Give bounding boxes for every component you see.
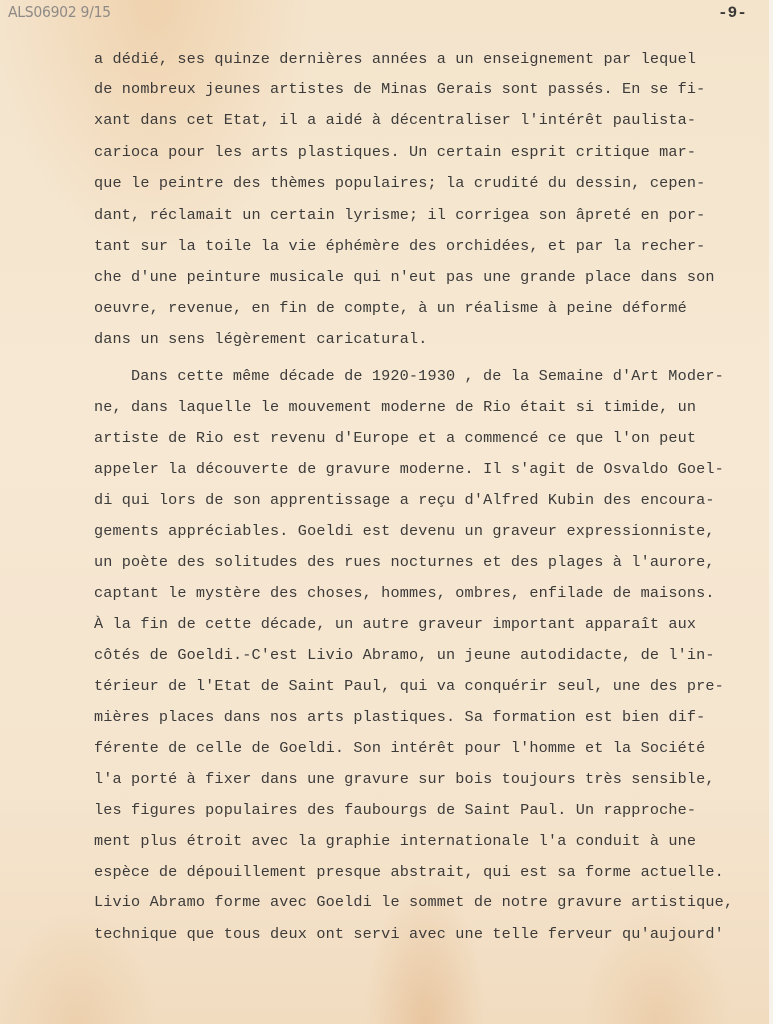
page-edge: [769, 0, 773, 1024]
text-line: captant le mystère des choses, hommes, o…: [94, 584, 715, 602]
text-line: espèce de dépouillement presque abstrait…: [94, 863, 724, 881]
text-line: férente de celle de Goeldi. Son intérêt …: [94, 739, 705, 757]
text-line: mières places dans nos arts plastiques. …: [94, 708, 705, 726]
text-line: carioca pour les arts plastiques. Un cer…: [94, 143, 696, 161]
text-line: tant sur la toile la vie éphémère des or…: [94, 237, 705, 255]
text-line: À la fin de cette décade, un autre grave…: [94, 615, 696, 633]
text-line: dant, réclamait un certain lyrisme; il c…: [94, 206, 705, 224]
text-line: gements appréciables. Goeldi est devenu …: [94, 522, 715, 540]
text-line: un poète des solitudes des rues nocturne…: [94, 553, 715, 571]
text-line: Livio Abramo forme avec Goeldi le sommet…: [94, 893, 733, 911]
text-line: côtés de Goeldi.-C'est Livio Abramo, un …: [94, 646, 715, 664]
text-line: l'a porté à fixer dans une gravure sur b…: [94, 770, 715, 788]
text-line: che d'une peinture musicale qui n'eut pa…: [94, 268, 715, 286]
text-line: xant dans cet Etat, il a aidé à décentra…: [94, 111, 696, 129]
text-line: ment plus étroit avec la graphie interna…: [94, 832, 696, 850]
text-line: que le peintre des thèmes populaires; la…: [94, 174, 705, 192]
document-page: ALS06902 9/15 -9- a dédié, ses quinze de…: [0, 0, 773, 1024]
text-line: artiste de Rio est revenu d'Europe et a …: [94, 429, 696, 447]
archive-code: ALS06902 9/15: [8, 5, 111, 22]
text-line: ne, dans laquelle le mouvement moderne d…: [94, 398, 696, 416]
text-line: oeuvre, revenue, en fin de compte, à un …: [94, 299, 687, 317]
text-line: a dédié, ses quinze dernières années a u…: [94, 50, 696, 68]
text-line: térieur de l'Etat de Saint Paul, qui va …: [94, 677, 724, 695]
text-line: di qui lors de son apprentissage a reçu …: [94, 491, 715, 509]
text-line: dans un sens légèrement caricatural.: [94, 330, 428, 348]
text-line: Dans cette même décade de 1920-1930 , de…: [131, 367, 724, 385]
text-line: technique que tous deux ont servi avec u…: [94, 925, 724, 943]
text-line: de nombreux jeunes artistes de Minas Ger…: [94, 80, 705, 98]
text-line: les figures populaires des faubourgs de …: [94, 801, 696, 819]
page-number: -9-: [718, 4, 747, 22]
text-line: appeler la découverte de gravure moderne…: [94, 460, 724, 478]
